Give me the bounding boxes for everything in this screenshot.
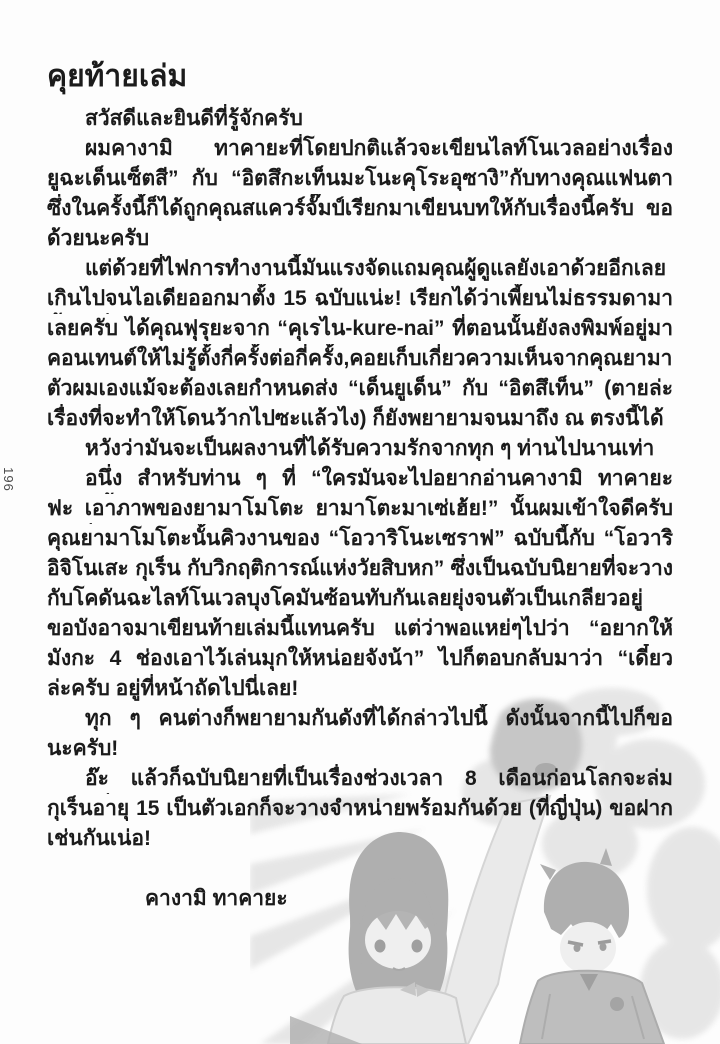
text-line: แต่ด้วยที่ไฟการทำงานนี้มันแรงจัดแถมคุณผู…: [47, 254, 673, 284]
text-line: นะครับ!: [47, 734, 673, 764]
text-line: ยูฉะเด็นเซ็ตสี” กับ “อิตสึกะเท็นมะโนะคุโ…: [47, 164, 673, 194]
text-line: สวัสดีและยินดีที่รู้จักครับ: [47, 104, 673, 134]
page-number: 196: [1, 467, 16, 492]
afterword-content: คุยท้ายเล่ม สวัสดีและยินดีที่รู้จักครับผ…: [47, 58, 673, 915]
text-line: เกินไปจนไอเดียออกมาตั้ง 15 ฉบับแน่ะ! เรี…: [47, 284, 673, 314]
book-page: 196 คุยท้ายเล่ม สวัสดีและยินดีที่รู้จักค…: [0, 0, 720, 1044]
text-line: เลยครับ ได้คุณฟุรุยะจาก “คุเรไน-kure-nai…: [47, 314, 673, 344]
text-line: อิจิโนเสะ กุเร็น กับวิกฤติการณ์แห่งวัยสิ…: [47, 554, 673, 584]
text-line: ขอบังอาจมาเขียนท้ายเล่มนี้แทนครับ แต่ว่า…: [47, 614, 673, 644]
text-line: หวังว่ามันจะเป็นผลงานที่ได้รับความรักจาก…: [47, 434, 673, 464]
text-line: ผมคางามิ ทาคายะที่โดยปกติแล้วจะเขียนไลท์…: [47, 134, 673, 164]
body-lines: สวัสดีและยินดีที่รู้จักครับผมคางามิ ทาคา…: [47, 104, 673, 854]
text-line: ฟะ เอาภาพของยามาโมโตะ ยามาโตะมาเซ่เฮ้ย!”…: [47, 494, 673, 524]
text-line: กุเร็นอายุ 15 เป็นตัวเอกก็จะวางจำหน่ายพร…: [47, 794, 673, 824]
text-line: ตัวผมเองแม้จะต้องเลยกำหนดส่ง “เด็นยูเด็น…: [47, 374, 673, 404]
text-line: กับโคดันฉะไลท์โนเวลบุงโคมันซ้อนทับกันเลย…: [47, 584, 673, 614]
author-signature: คางามิ ทาคายะ: [145, 882, 673, 915]
text-line: ซึ่งในครั้งนี้ก็ได้ถูกคุณสแควร์จั๊มป์เรี…: [47, 194, 673, 224]
text-line: คอนเทนต์ให้ไม่รู้ตั้งกี่ครั้งต่อกี่ครั้ง…: [47, 344, 673, 374]
text-line: คุณยามาโมโตะนั้นคิวงานของ “โอวาริโนะเซรา…: [47, 524, 673, 554]
text-line: เช่นกันเน่อ!: [47, 824, 673, 854]
text-line: อ๊ะ แล้วก็ฉบับนิยายที่เป็นเรื่องช่วงเวลา…: [47, 764, 673, 794]
text-line: มังกะ 4 ช่องเอาไว้เล่นมุกให้หน่อยจังน้า”…: [47, 644, 673, 674]
page-title: คุยท้ายเล่ม: [47, 58, 673, 96]
text-line: ล่ะครับ อยู่ที่หน้าถัดไปนี่เลย!: [47, 674, 673, 704]
text-line: เรื่องที่จะทำให้โดนว้ากไปซะแล้วไง) ก็ยัง…: [47, 404, 673, 434]
text-line: อนึ่ง สำหรับท่าน ๆ ที่ “ใครมันจะไปอยากอ่…: [47, 464, 673, 494]
text-line: ด้วยนะครับ: [47, 224, 673, 254]
text-line: ทุก ๆ คนต่างก็พยายามกันดังที่ได้กล่าวไปน…: [47, 704, 673, 734]
